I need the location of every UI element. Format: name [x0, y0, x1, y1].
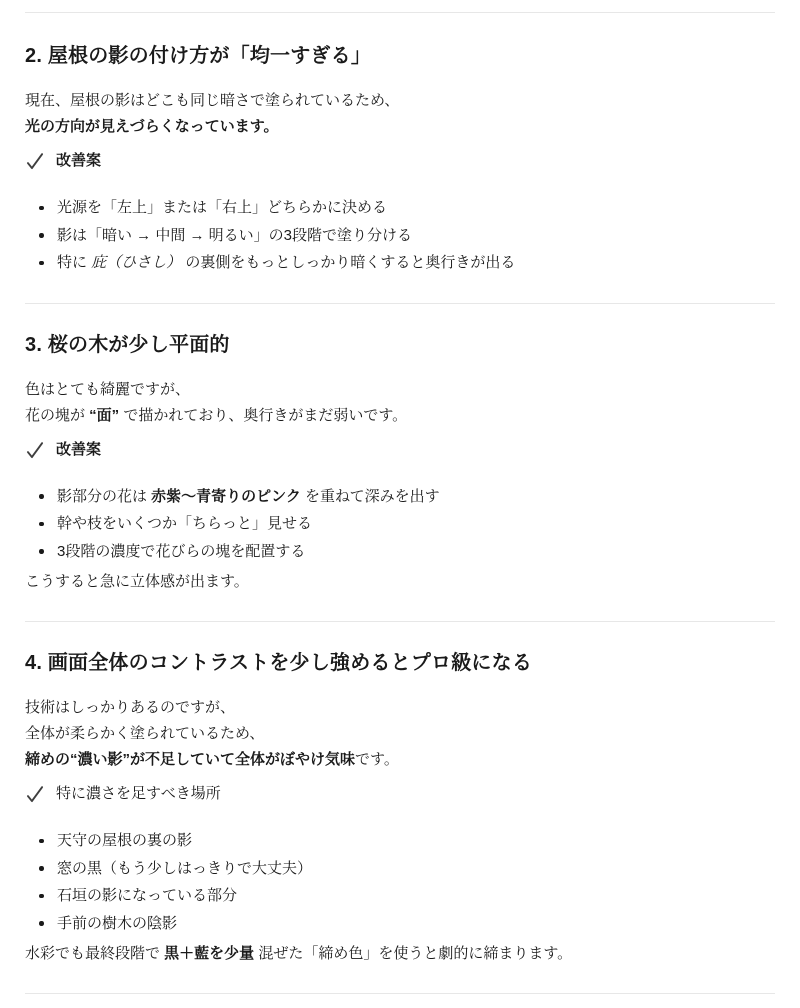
list-item: 手前の樹木の陰影	[25, 910, 775, 938]
list-item: 幹や枝をいくつか「ちらっと」見せる	[25, 510, 775, 538]
list-item: 天守の屋根の裏の影	[25, 827, 775, 855]
list-item: 窓の黒（もう少しはっきりで大丈夫）	[25, 855, 775, 883]
bullet-list: 影部分の花は 赤紫〜青寄りのピンク を重ねて深みを出す 幹や枝をいくつか「ちらっ…	[25, 483, 775, 566]
section-intro: 現在、屋根の影はどこも同じ暗さで塗られているため、光の方向が見えづらくなっていま…	[25, 88, 775, 140]
check-row: 改善案	[25, 437, 775, 463]
check-icon	[25, 151, 45, 171]
section-divider	[25, 621, 775, 622]
check-row: 改善案	[25, 148, 775, 174]
section-heading: 4. 画面全体のコントラストを少し強めるとプロ級になる	[25, 650, 775, 676]
section-outro: こうすると急に立体感が出ます。	[25, 569, 775, 595]
check-icon	[25, 784, 45, 804]
list-item: 3段階の濃度で花びらの塊を配置する	[25, 538, 775, 566]
section-heading: 2. 屋根の影の付け方が「均一すぎる」	[25, 43, 775, 69]
list-item: 影は「暗い → 中間 → 明るい」の3段階で塗り分ける	[25, 222, 775, 250]
section-heading: 3. 桜の木が少し平面的	[25, 332, 775, 358]
list-item: 影部分の花は 赤紫〜青寄りのピンク を重ねて深みを出す	[25, 483, 775, 511]
section-intro: 色はとても綺麗ですが、花の塊が “面” で描かれており、奥行きがまだ弱いです。	[25, 377, 775, 429]
check-icon	[25, 440, 45, 460]
bullet-list: 天守の屋根の裏の影 窓の黒（もう少しはっきりで大丈夫） 石垣の影になっている部分…	[25, 827, 775, 937]
section-intro: 技術はしっかりあるのですが、全体が柔らかく塗られているため、締めの“濃い影”が不…	[25, 695, 775, 773]
section-contrast: 4. 画面全体のコントラストを少し強めるとプロ級になる 技術はしっかりあるのです…	[25, 650, 775, 967]
section-divider	[25, 12, 775, 13]
list-item: 石垣の影になっている部分	[25, 882, 775, 910]
document: 2. 屋根の影の付け方が「均一すぎる」 現在、屋根の影はどこも同じ暗さで塗られて…	[0, 12, 800, 994]
list-item: 特に 庇（ひさし） の裏側をもっとしっかり暗くすると奥行きが出る	[25, 249, 775, 277]
check-label: 改善案	[56, 437, 101, 463]
check-label: 特に濃さを足すべき場所	[56, 781, 221, 807]
section-outro: 水彩でも最終段階で 黒＋藍を少量 混ぜた「締め色」を使うと劇的に締まります。	[25, 941, 775, 967]
section-divider	[25, 303, 775, 304]
section-cherry-tree: 3. 桜の木が少し平面的 色はとても綺麗ですが、花の塊が “面” で描かれており…	[25, 332, 775, 596]
check-label: 改善案	[56, 148, 101, 174]
bullet-list: 光源を「左上」または「右上」どちらかに決める 影は「暗い → 中間 → 明るい」…	[25, 194, 775, 277]
list-item: 光源を「左上」または「右上」どちらかに決める	[25, 194, 775, 222]
check-row: 特に濃さを足すべき場所	[25, 781, 775, 807]
section-roof-shadow: 2. 屋根の影の付け方が「均一すぎる」 現在、屋根の影はどこも同じ暗さで塗られて…	[25, 43, 775, 277]
section-divider	[25, 993, 775, 994]
